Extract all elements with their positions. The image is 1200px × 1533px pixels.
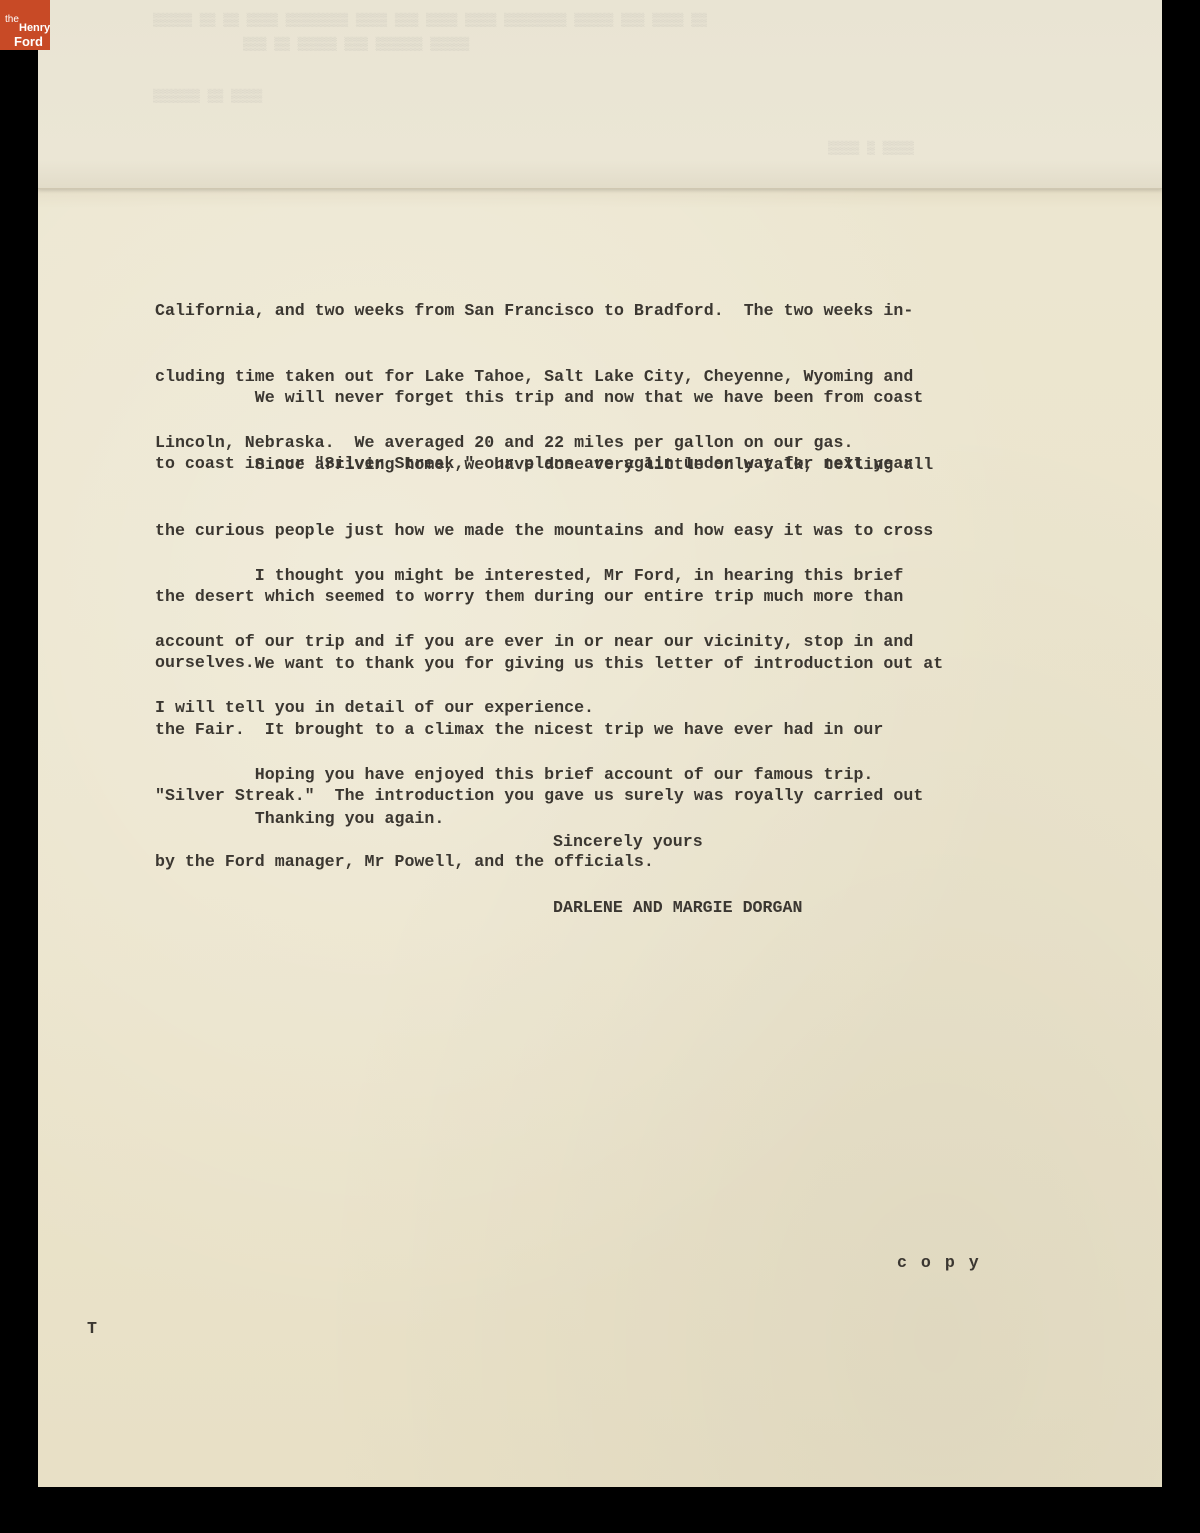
bleed-through-text: ▒▒▒▒▒▒ ▒▒ ▒▒▒▒ [153,88,262,103]
text-line: by the Ford manager, Mr Powell, and the … [155,851,943,873]
corner-crease [1187,1440,1200,1484]
henry-ford-logo: the Henry Ford [0,0,50,50]
closing: Sincerely yours [553,831,703,853]
signature: DARLENE AND MARGIE DORGAN [553,897,802,919]
bleed-through-text: ▒▒▒ ▒▒ ▒▒▒▒▒ ▒▒▒ ▒▒▒▒▒▒ ▒▒▒▒▒ [243,36,469,51]
folded-top-flap: ▒▒▒▒▒ ▒▒ ▒▒ ▒▒▒▒ ▒▒▒▒▒▒▒▒ ▒▒▒▒ ▒▒▒ ▒▒▒▒ … [38,0,1162,189]
paragraph-7: Thanking you again. [155,764,444,852]
bleed-through-text: ▒▒▒▒ ▒ ▒▒▒▒ [828,140,914,155]
text-line: I thought you might be interested, Mr Fo… [155,565,913,587]
text-line: California, and two weeks from San Franc… [155,300,913,322]
logo-ford: Ford [14,35,43,48]
text-line: Since arriving home, we have done very l… [155,454,933,476]
text-line: Thanking you again. [155,808,444,830]
copy-mark: c o p y [897,1252,981,1274]
logo-henry: Henry [19,23,50,34]
text-line: We want to thank you for giving us this … [155,653,943,675]
text-line: We will never forget this trip and now t… [155,387,923,409]
bleed-through-text: ▒▒▒▒▒ ▒▒ ▒▒ ▒▒▒▒ ▒▒▒▒▒▒▒▒ ▒▒▒▒ ▒▒▒ ▒▒▒▒ … [153,12,707,27]
logo-the: the [5,15,19,25]
margin-mark: T [87,1318,97,1340]
